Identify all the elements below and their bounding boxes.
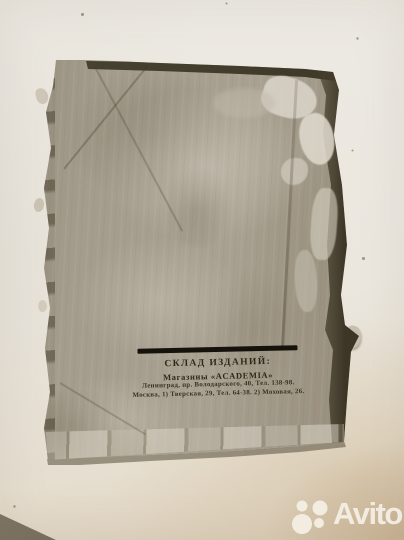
imprint-block: СКЛАД ИЗДАНИЙ: Магазины «ACADEMIA» Ленин… bbox=[109, 345, 326, 401]
dust-specks bbox=[0, 0, 1, 1]
paper-patch bbox=[213, 88, 275, 118]
paper-tatter bbox=[33, 197, 45, 213]
imprint-heading: СКЛАД ИЗДАНИЙ: bbox=[110, 356, 326, 371]
paper-tatter bbox=[34, 87, 50, 106]
book-left-edge bbox=[42, 78, 55, 460]
book-cover: СКЛАД ИЗДАНИЙ: Магазины «ACADEMIA» Ленин… bbox=[0, 0, 404, 540]
avito-logo-icon bbox=[291, 497, 332, 537]
paper-tatter bbox=[38, 300, 47, 312]
avito-watermark: Avito bbox=[291, 497, 402, 537]
avito-wordmark: Avito bbox=[333, 498, 402, 529]
photo-canvas: СКЛАД ИЗДАНИЙ: Магазины «ACADEMIA» Ленин… bbox=[0, 0, 404, 540]
